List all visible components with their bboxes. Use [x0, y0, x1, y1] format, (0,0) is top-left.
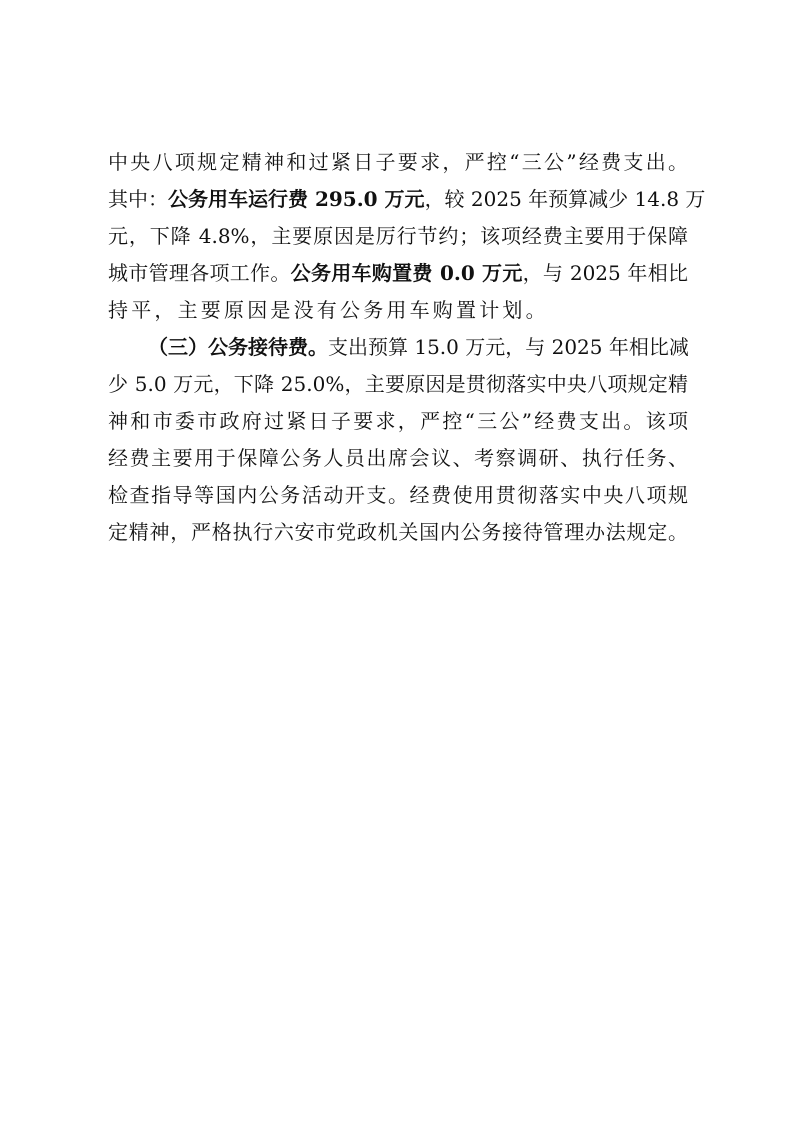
text-segment: ，较 2025 年预算减少 14.8 万: [425, 187, 706, 211]
text-line: 元，下降 4.8%，主要原因是厉行节约；该项经费主要用于保障: [108, 221, 688, 258]
paragraph-reception-expenses: （三）公务接待费。支出预算 15.0 万元，与 2025 年相比减 少 5.0 …: [108, 332, 688, 554]
bold-car-purchase-cost: 公务用车购置费 0.0 万元: [291, 261, 523, 285]
text-segment: 少 5.0 万元，下降 25.0%，主要原因是贯彻落实中央八项规定精: [108, 372, 688, 396]
text-line: 经费主要用于保障公务人员出席会议、考察调研、执行任务、: [108, 443, 688, 480]
text-line: 神和市委市政府过紧日子要求，严控“三公”经费支出。该项: [108, 406, 688, 443]
text-line: 中央八项规定精神和过紧日子要求，严控“三公”经费支出。: [108, 147, 688, 184]
text-segment: 元，下降 4.8%，主要原因是厉行节约；该项经费主要用于保障: [108, 224, 688, 248]
text-segment: 城市管理各项工作。: [108, 261, 291, 285]
text-segment: 定精神，严格执行六安市党政机关国内公务接待管理办法规定。: [108, 520, 688, 544]
text-line: （三）公务接待费。支出预算 15.0 万元，与 2025 年相比减: [108, 332, 688, 369]
text-line: 检查指导等国内公务活动开支。经费使用贯彻落实中央八项规: [108, 480, 688, 517]
text-segment: 持平，主要原因是没有公务用车购置计划。: [108, 298, 549, 322]
paragraph-car-expenses: 中央八项规定精神和过紧日子要求，严控“三公”经费支出。 其中：公务用车运行费 2…: [108, 147, 688, 332]
document-page: 中央八项规定精神和过紧日子要求，严控“三公”经费支出。 其中：公务用车运行费 2…: [108, 147, 688, 554]
text-segment: 经费主要用于保障公务人员出席会议、考察调研、执行任务、: [108, 446, 688, 470]
text-line: 定精神，严格执行六安市党政机关国内公务接待管理办法规定。: [108, 517, 688, 554]
section-heading: （三）公务接待费。: [148, 335, 328, 359]
text-line: 城市管理各项工作。公务用车购置费 0.0 万元，与 2025 年相比: [108, 258, 688, 295]
text-segment: 其中：: [108, 187, 168, 211]
text-line: 少 5.0 万元，下降 25.0%，主要原因是贯彻落实中央八项规定精: [108, 369, 688, 406]
text-segment: 支出预算 15.0 万元，与 2025 年相比减: [328, 335, 689, 359]
text-segment: ，与 2025 年相比: [523, 261, 688, 285]
text-line: 其中：公务用车运行费 295.0 万元，较 2025 年预算减少 14.8 万: [108, 184, 688, 221]
bold-car-operation-cost: 公务用车运行费 295.0 万元: [168, 187, 425, 211]
text-segment: 神和市委市政府过紧日子要求，严控“三公”经费支出。该项: [108, 409, 688, 433]
text-segment: 检查指导等国内公务活动开支。经费使用贯彻落实中央八项规: [108, 483, 688, 507]
text-segment: 中央八项规定精神和过紧日子要求，严控“三公”经费支出。: [108, 150, 688, 174]
text-line: 持平，主要原因是没有公务用车购置计划。: [108, 295, 688, 332]
